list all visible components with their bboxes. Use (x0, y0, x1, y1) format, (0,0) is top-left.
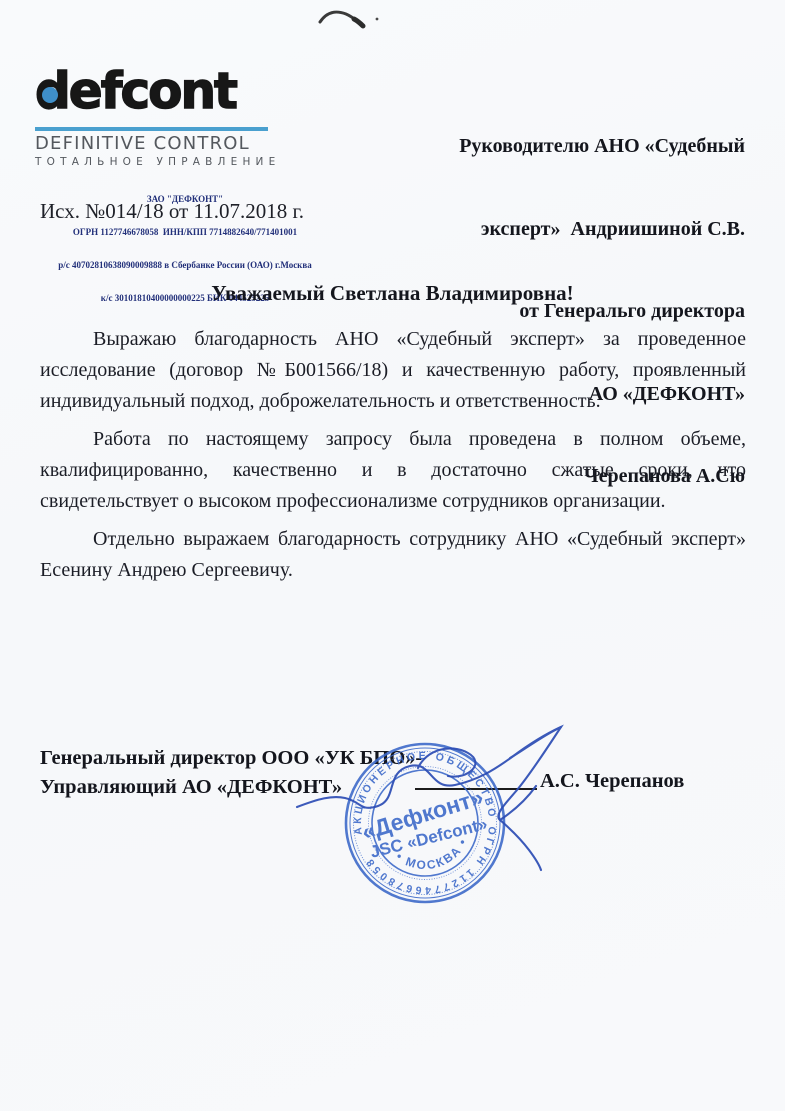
outgoing-reference-line: Исх. №014/18 от 11.07.2018 г. (40, 199, 304, 224)
logo-divider (35, 127, 268, 131)
handwritten-signature (280, 712, 590, 882)
letter-body: Выражаю благодарность АНО «Судебный эксп… (40, 324, 746, 593)
requisite-line: ОГРН 1127746678058 ИНН/КПП 7714882640/77… (35, 227, 335, 238)
body-paragraph: Отдельно выражаем благодарность сотрудни… (40, 524, 746, 586)
body-paragraph: Работа по настоящему запросу была провед… (40, 424, 746, 517)
logo-dot-icon (42, 87, 58, 103)
body-paragraph: Выражаю благодарность АНО «Судебный эксп… (40, 324, 746, 417)
addressee-line: Руководителю АНО «Судебный (459, 133, 745, 161)
pen-mark (308, 2, 388, 34)
requisite-line: р/с 40702810638090009888 в Сбербанке Рос… (35, 260, 335, 271)
salutation-line: Уважаемый Светлана Владимировна! (0, 281, 785, 306)
letter-page: defcont DEFINITIVE CONTROL ТОТАЛЬНОЕ УПР… (0, 0, 785, 1111)
logo-wordmark: defcont (35, 62, 236, 120)
logo-wordmark-wrap: defcont (35, 58, 335, 126)
addressee-line: эксперт» Андриишиной С.В. (459, 216, 745, 244)
logo-tagline-english: DEFINITIVE CONTROL (35, 133, 335, 154)
logo-tagline-russian: ТОТАЛЬНОЕ УПРАВЛЕНИЕ (35, 156, 335, 168)
